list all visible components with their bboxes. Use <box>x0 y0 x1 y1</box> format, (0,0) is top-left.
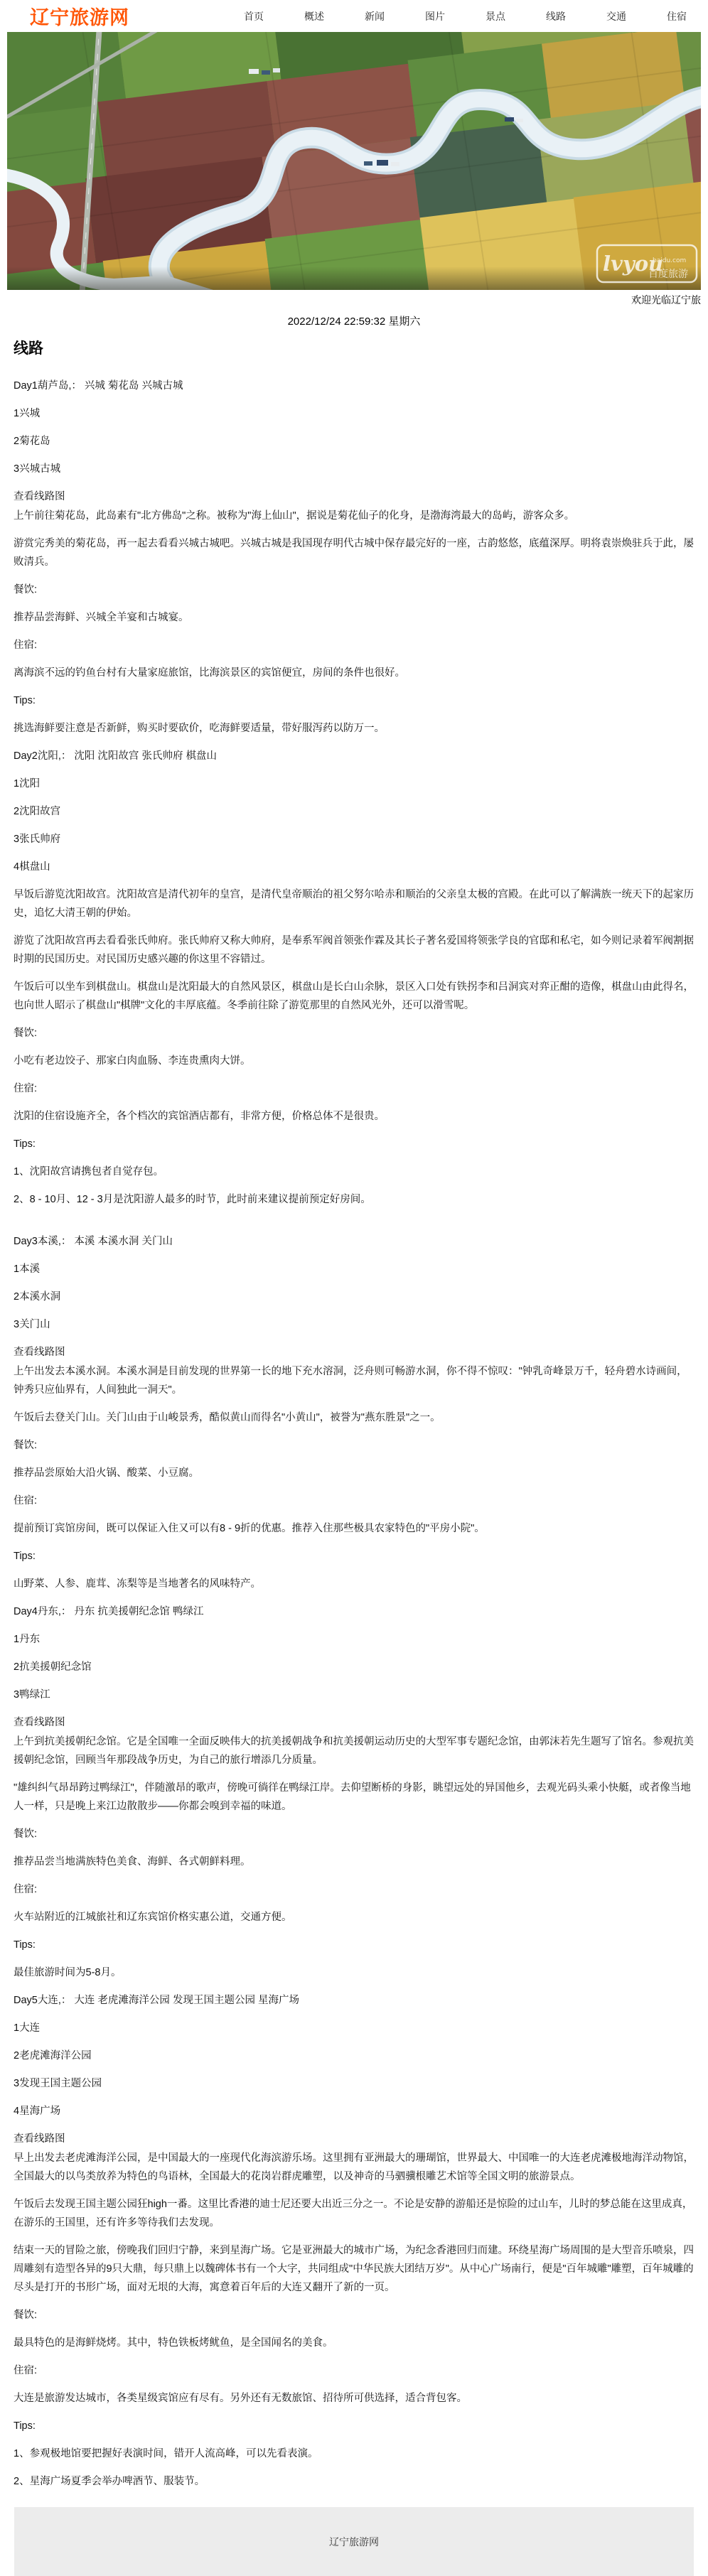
page-title: 线路 <box>14 340 695 358</box>
paragraph: 午饭后可以坐车到棋盘山。棋盘山是沈阳最大的自然风景区，棋盘山是长白山余脉，景区入… <box>14 978 695 1015</box>
route-stop-item: 4棋盘山 <box>14 858 695 876</box>
paragraph: 最具特色的是海鲜烧烤。其中，特色铁板烤鱿鱼，是全国闻名的美食。 <box>14 2334 695 2352</box>
nav-item-1[interactable]: 概述 <box>304 9 324 23</box>
route-stop-item: 1大连 <box>14 2019 695 2037</box>
view-route-map-link[interactable]: 查看线路图 <box>14 1713 695 1732</box>
route-stop-item: 3张氏帅府 <box>14 830 695 848</box>
day-heading: Day1葫芦岛,： 兴城 菊花岛 兴城古城 <box>14 377 695 395</box>
view-route-map-link[interactable]: 查看线路图 <box>14 2130 695 2148</box>
paragraph: 提前预订宾馆房间，既可以保证入住又可以有8 - 9折的优惠。推荐入住那些极具农家… <box>14 1519 695 1538</box>
paragraph: 早上出发去老虎滩海洋公园，是中国最大的一座现代化海滨游乐场。这里拥有亚洲最大的珊… <box>14 2149 695 2186</box>
datetime-display: 2022/12/24 22:59:32 星期六 <box>0 314 708 330</box>
nav-item-4[interactable]: 景点 <box>486 9 505 23</box>
paragraph: 游赏完秀美的菊花岛，再一起去看看兴城古城吧。兴城古城是我国现存明代古城中保存最完… <box>14 534 695 571</box>
paragraph: 上午出发去本溪水洞。本溪水洞是目前发现的世界第一长的地下充水溶洞，泛舟则可畅游水… <box>14 1362 695 1399</box>
section-label: Tips: <box>14 1936 695 1954</box>
route-stop-item: 2沈阳故宫 <box>14 802 695 821</box>
section-label: Tips: <box>14 2417 695 2435</box>
paragraph: 火车站附近的江城旅社和辽东宾馆价格实惠公道，交通方便。 <box>14 1908 695 1926</box>
section-label: Tips: <box>14 1135 695 1153</box>
route-stop-item: 3关门山 <box>14 1315 695 1334</box>
route-stop-item: 2菊花岛 <box>14 432 695 451</box>
view-route-map-link[interactable]: 查看线路图 <box>14 1343 695 1362</box>
paragraph: 挑选海鲜要注意是否新鲜，购买时要砍价，吃海鲜要适量，带好服泻药以防万一。 <box>14 719 695 738</box>
paragraph: 午饭后去登关门山。关门山由于山峻景秀，酷似黄山而得名"小黄山"，被誉为"燕东胜景… <box>14 1408 695 1427</box>
paragraph: 沈阳的住宿设施齐全，各个档次的宾馆酒店都有，非常方便，价格总体不是很贵。 <box>14 1107 695 1126</box>
route-stop-item: 3发现王国主题公园 <box>14 2074 695 2093</box>
section-label: Tips: <box>14 1547 695 1565</box>
paragraph: 离海滨不远的钓鱼台村有大量家庭旅馆，比海滨景区的宾馆便宜，房间的条件也很好。 <box>14 664 695 682</box>
section-label: 住宿: <box>14 1492 695 1510</box>
route-stop-item: 1本溪 <box>14 1260 695 1278</box>
page: 辽宁旅游网 首页概述新闻图片景点线路交通住宿 <box>0 0 708 2576</box>
day-heading: Day4丹东,： 丹东 抗美援朝纪念馆 鸭绿江 <box>14 1602 695 1621</box>
footer-site-name: 辽宁旅游网 <box>329 2535 379 2549</box>
hero-image: lvyou baidu.com 百度旅游 <box>7 32 701 290</box>
section-label: Tips: <box>14 691 695 710</box>
section-label: 餐饮: <box>14 581 695 599</box>
day-heading: Day2沈阳,： 沈阳 沈阳故宫 张氏帅府 棋盘山 <box>14 747 695 765</box>
section-label: 住宿: <box>14 636 695 654</box>
nav-item-6[interactable]: 交通 <box>606 9 626 23</box>
paragraph: 上午前往菊花岛，此岛素有"北方佛岛"之称。被称为"海上仙山"，据说是菊花仙子的化… <box>14 507 695 525</box>
nav-item-5[interactable]: 线路 <box>546 9 566 23</box>
article-body: Day1葫芦岛,： 兴城 菊花岛 兴城古城1兴城2菊花岛3兴城古城查看线路图上午… <box>14 377 695 2491</box>
paragraph: 1、沈阳故宫请携包者自觉存包。 <box>14 1163 695 1181</box>
section-label: 住宿: <box>14 1079 695 1098</box>
paragraph: 2、8 - 10月、12 - 3月是沈阳游人最多的时节，此时前来建议提前预定好房… <box>14 1190 695 1209</box>
route-stop-item: 2老虎滩海洋公园 <box>14 2047 695 2065</box>
paragraph: 大连是旅游发达城市，各类星级宾馆应有尽有。另外还有无数旅馆、招待所可供选择，适合… <box>14 2389 695 2408</box>
route-stop-item: 1丹东 <box>14 1630 695 1649</box>
nav-item-7[interactable]: 住宿 <box>667 9 687 23</box>
watermark-cn: 百度旅游 <box>648 268 688 280</box>
view-route-map-link[interactable]: 查看线路图 <box>14 487 695 506</box>
route-stop-item: 1兴城 <box>14 404 695 423</box>
watermark-domain: baidu.com <box>653 257 686 264</box>
route-stop-item: 3兴城古城 <box>14 460 695 478</box>
main-nav: 首页概述新闻图片景点线路交通住宿 <box>244 9 687 23</box>
nav-item-0[interactable]: 首页 <box>244 9 264 23</box>
section-label: 餐饮: <box>14 2306 695 2324</box>
section-label: 住宿: <box>14 1880 695 1899</box>
spacer <box>14 1218 695 1232</box>
paragraph: 结束一天的冒险之旅，傍晚我们回归宁静，来到星海广场。它是亚洲最大的城市广场，为纪… <box>14 2241 695 2297</box>
section-label: 餐饮: <box>14 1436 695 1455</box>
aerial-photo-illustration: lvyou baidu.com 百度旅游 <box>7 32 701 290</box>
route-stop-item: 1沈阳 <box>14 775 695 793</box>
route-stop-item: 4星海广场 <box>14 2102 695 2120</box>
welcome-marquee: 欢迎光临辽宁旅 <box>0 290 708 307</box>
section-label: 餐饮: <box>14 1825 695 1843</box>
paragraph: 游览了沈阳故宫再去看看张氏帅府。张氏帅府又称大帅府，是奉系军阀首领张作霖及其长子… <box>14 932 695 969</box>
paragraph: 推荐品尝海鲜、兴城全羊宴和古城宴。 <box>14 608 695 627</box>
paragraph: 最佳旅游时间为5-8月。 <box>14 1963 695 1982</box>
paragraph: 1、参观极地馆要把握好表演时间，错开人流高峰，可以先看表演。 <box>14 2445 695 2463</box>
paragraph: "雄纠纠气昂昂跨过鸭绿江"，伴随激昂的歌声，傍晚可徜徉在鸭绿江岸。去仰望断桥的身… <box>14 1779 695 1816</box>
route-stop-item: 2本溪水洞 <box>14 1288 695 1306</box>
paragraph: 2、星海广场夏季会举办啤酒节、服装节。 <box>14 2472 695 2491</box>
route-stop-item: 3鸭绿江 <box>14 1686 695 1704</box>
paragraph: 推荐品尝原始大沿火锅、酸菜、小豆腐。 <box>14 1464 695 1482</box>
paragraph: 山野菜、人参、鹿茸、冻梨等是当地著名的风味特产。 <box>14 1575 695 1593</box>
section-label: 餐饮: <box>14 1024 695 1042</box>
section-label: 住宿: <box>14 2361 695 2380</box>
nav-item-3[interactable]: 图片 <box>425 9 445 23</box>
paragraph: 小吃有老边饺子、那家白肉血肠、李连贵熏肉大饼。 <box>14 1052 695 1070</box>
site-logo[interactable]: 辽宁旅游网 <box>30 2 129 30</box>
site-header: 辽宁旅游网 首页概述新闻图片景点线路交通住宿 <box>0 0 708 32</box>
day-heading: Day3本溪,： 本溪 本溪水洞 关门山 <box>14 1232 695 1251</box>
paragraph: 午饭后去发现王国主题公园狂high一番。这里比香港的迪士尼还要大出近三分之一。不… <box>14 2195 695 2232</box>
site-footer: 辽宁旅游网 <box>14 2507 694 2576</box>
paragraph: 推荐品尝当地满族特色美食、海鲜、各式朝鲜料理。 <box>14 1853 695 1871</box>
article: 线路 Day1葫芦岛,： 兴城 菊花岛 兴城古城1兴城2菊花岛3兴城古城查看线路… <box>0 330 708 2500</box>
nav-item-2[interactable]: 新闻 <box>365 9 385 23</box>
day-heading: Day5大连,： 大连 老虎滩海洋公园 发现王国主题公园 星海广场 <box>14 1991 695 2010</box>
paragraph: 上午到抗美援朝纪念馆。它是全国唯一全面反映伟大的抗美援朝战争和抗美援朝运动历史的… <box>14 1732 695 1769</box>
route-stop-item: 2抗美援朝纪念馆 <box>14 1658 695 1676</box>
paragraph: 早饭后游览沈阳故宫。沈阳故宫是清代初年的皇宫，是清代皇帝顺治的祖父努尔哈赤和顺治… <box>14 885 695 922</box>
